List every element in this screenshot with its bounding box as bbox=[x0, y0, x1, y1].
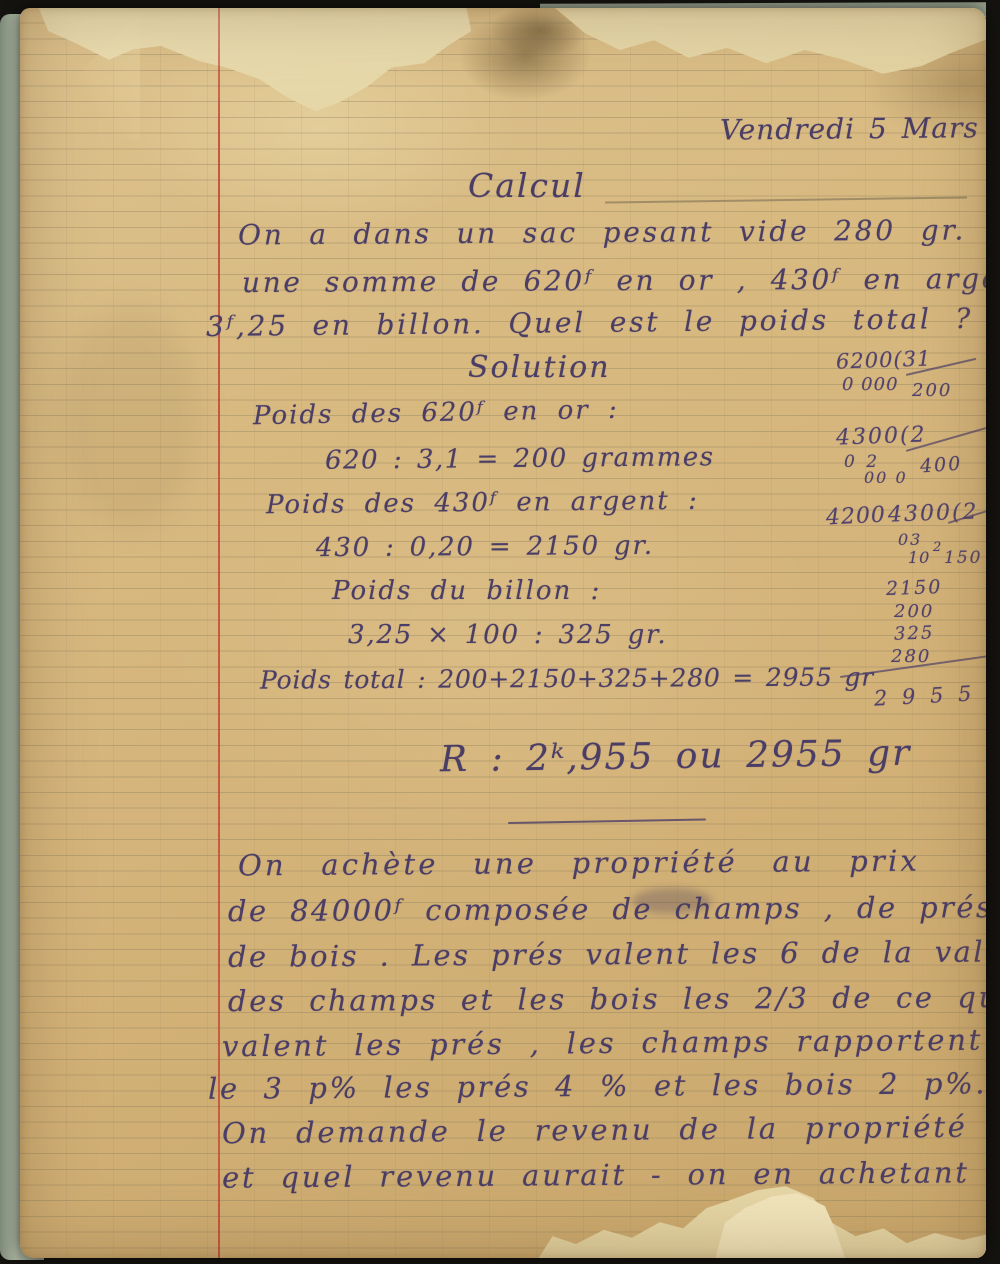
problem2-statement-line-4: des champs et les bois les 2/3 de ce que bbox=[228, 980, 986, 1018]
problem2-statement-line-8: et quel revenu aurait - on en achetant bbox=[222, 1155, 970, 1194]
problem2-statement-line-2: de 84000ᶠ composée de champs , de prés e… bbox=[228, 890, 986, 928]
margin-division1-dividend: 6200(31 bbox=[836, 346, 932, 373]
notebook-page: Vendredi 5 Mars 1915 Calcul On a dans un… bbox=[20, 8, 986, 1258]
margin-division3-work-a: 03 bbox=[898, 530, 922, 549]
photo-backdrop: Vendredi 5 Mars 1915 Calcul On a dans un… bbox=[0, 0, 1000, 1264]
problem2-statement-line-1: On achète une propriété au prix bbox=[238, 844, 920, 883]
margin-addition-addend-1: 2150 bbox=[886, 576, 943, 600]
date-line: Vendredi 5 Mars 1915 bbox=[720, 110, 986, 146]
solution-work-line-1: Poids des 620ᶠ en or : bbox=[253, 395, 619, 431]
margin-division1-quotient: 200 bbox=[912, 380, 952, 401]
solution-work-line-2: 620 : 3,1 = 200 grammes bbox=[325, 442, 715, 475]
margin-addition-addend-3: 325 bbox=[894, 622, 935, 644]
margin-division1-remainder: 0 000 bbox=[842, 374, 899, 395]
margin-division3-dividend: 4300(2 bbox=[888, 499, 979, 527]
problem2-statement-line-7: On demande le revenu de la propriété bbox=[222, 1110, 968, 1151]
margin-addition-addend-2: 200 bbox=[894, 601, 934, 622]
solution-heading: Solution bbox=[468, 350, 611, 385]
problem2-statement-line-3: de bois . Les prés valent les 6 de la va… bbox=[228, 934, 986, 974]
solution-work-line-4: 430 : 0,20 = 2150 gr. bbox=[316, 531, 654, 563]
red-margin-line bbox=[218, 8, 220, 1258]
margin-division3-carry: 2 bbox=[933, 540, 941, 555]
margin-division2-quotient: 400 bbox=[919, 453, 963, 478]
solution-work-line-7: Poids total : 200+2150+325+280 = 2955 gr bbox=[260, 662, 874, 694]
margin-division2-dividend: 4300(2 bbox=[836, 422, 927, 450]
problem2-statement-line-6: le 3 p% les prés 4 % et les bois 2 p%. bbox=[208, 1066, 986, 1105]
solution-work-line-5: Poids du billon : bbox=[332, 576, 601, 606]
problem2-statement-line-5: valent les prés , les champs rapportent bbox=[222, 1023, 983, 1064]
solution-work-line-6: 3,25 × 100 : 325 gr. bbox=[348, 620, 668, 650]
solution-work-line-3: Poids des 430ᶠ en argent : bbox=[266, 486, 699, 521]
problem1-statement-line-1: On a dans un sac pesant vide 280 gr. bbox=[238, 213, 966, 251]
margin-division2-work-b: 00 0 bbox=[864, 468, 908, 487]
page-title: Calcul bbox=[468, 166, 586, 205]
answer-line: R : 2ᵏ,955 ou 2955 gr bbox=[440, 733, 912, 781]
margin-division3-quotient: 150 bbox=[944, 548, 982, 568]
margin-division3-crossed-value: 4200 bbox=[825, 502, 886, 530]
problem1-statement-line-2: une somme de 620ᶠ en or , 430ᶠ en argent bbox=[242, 262, 986, 299]
margin-division3-work-b: 10 bbox=[908, 548, 930, 567]
